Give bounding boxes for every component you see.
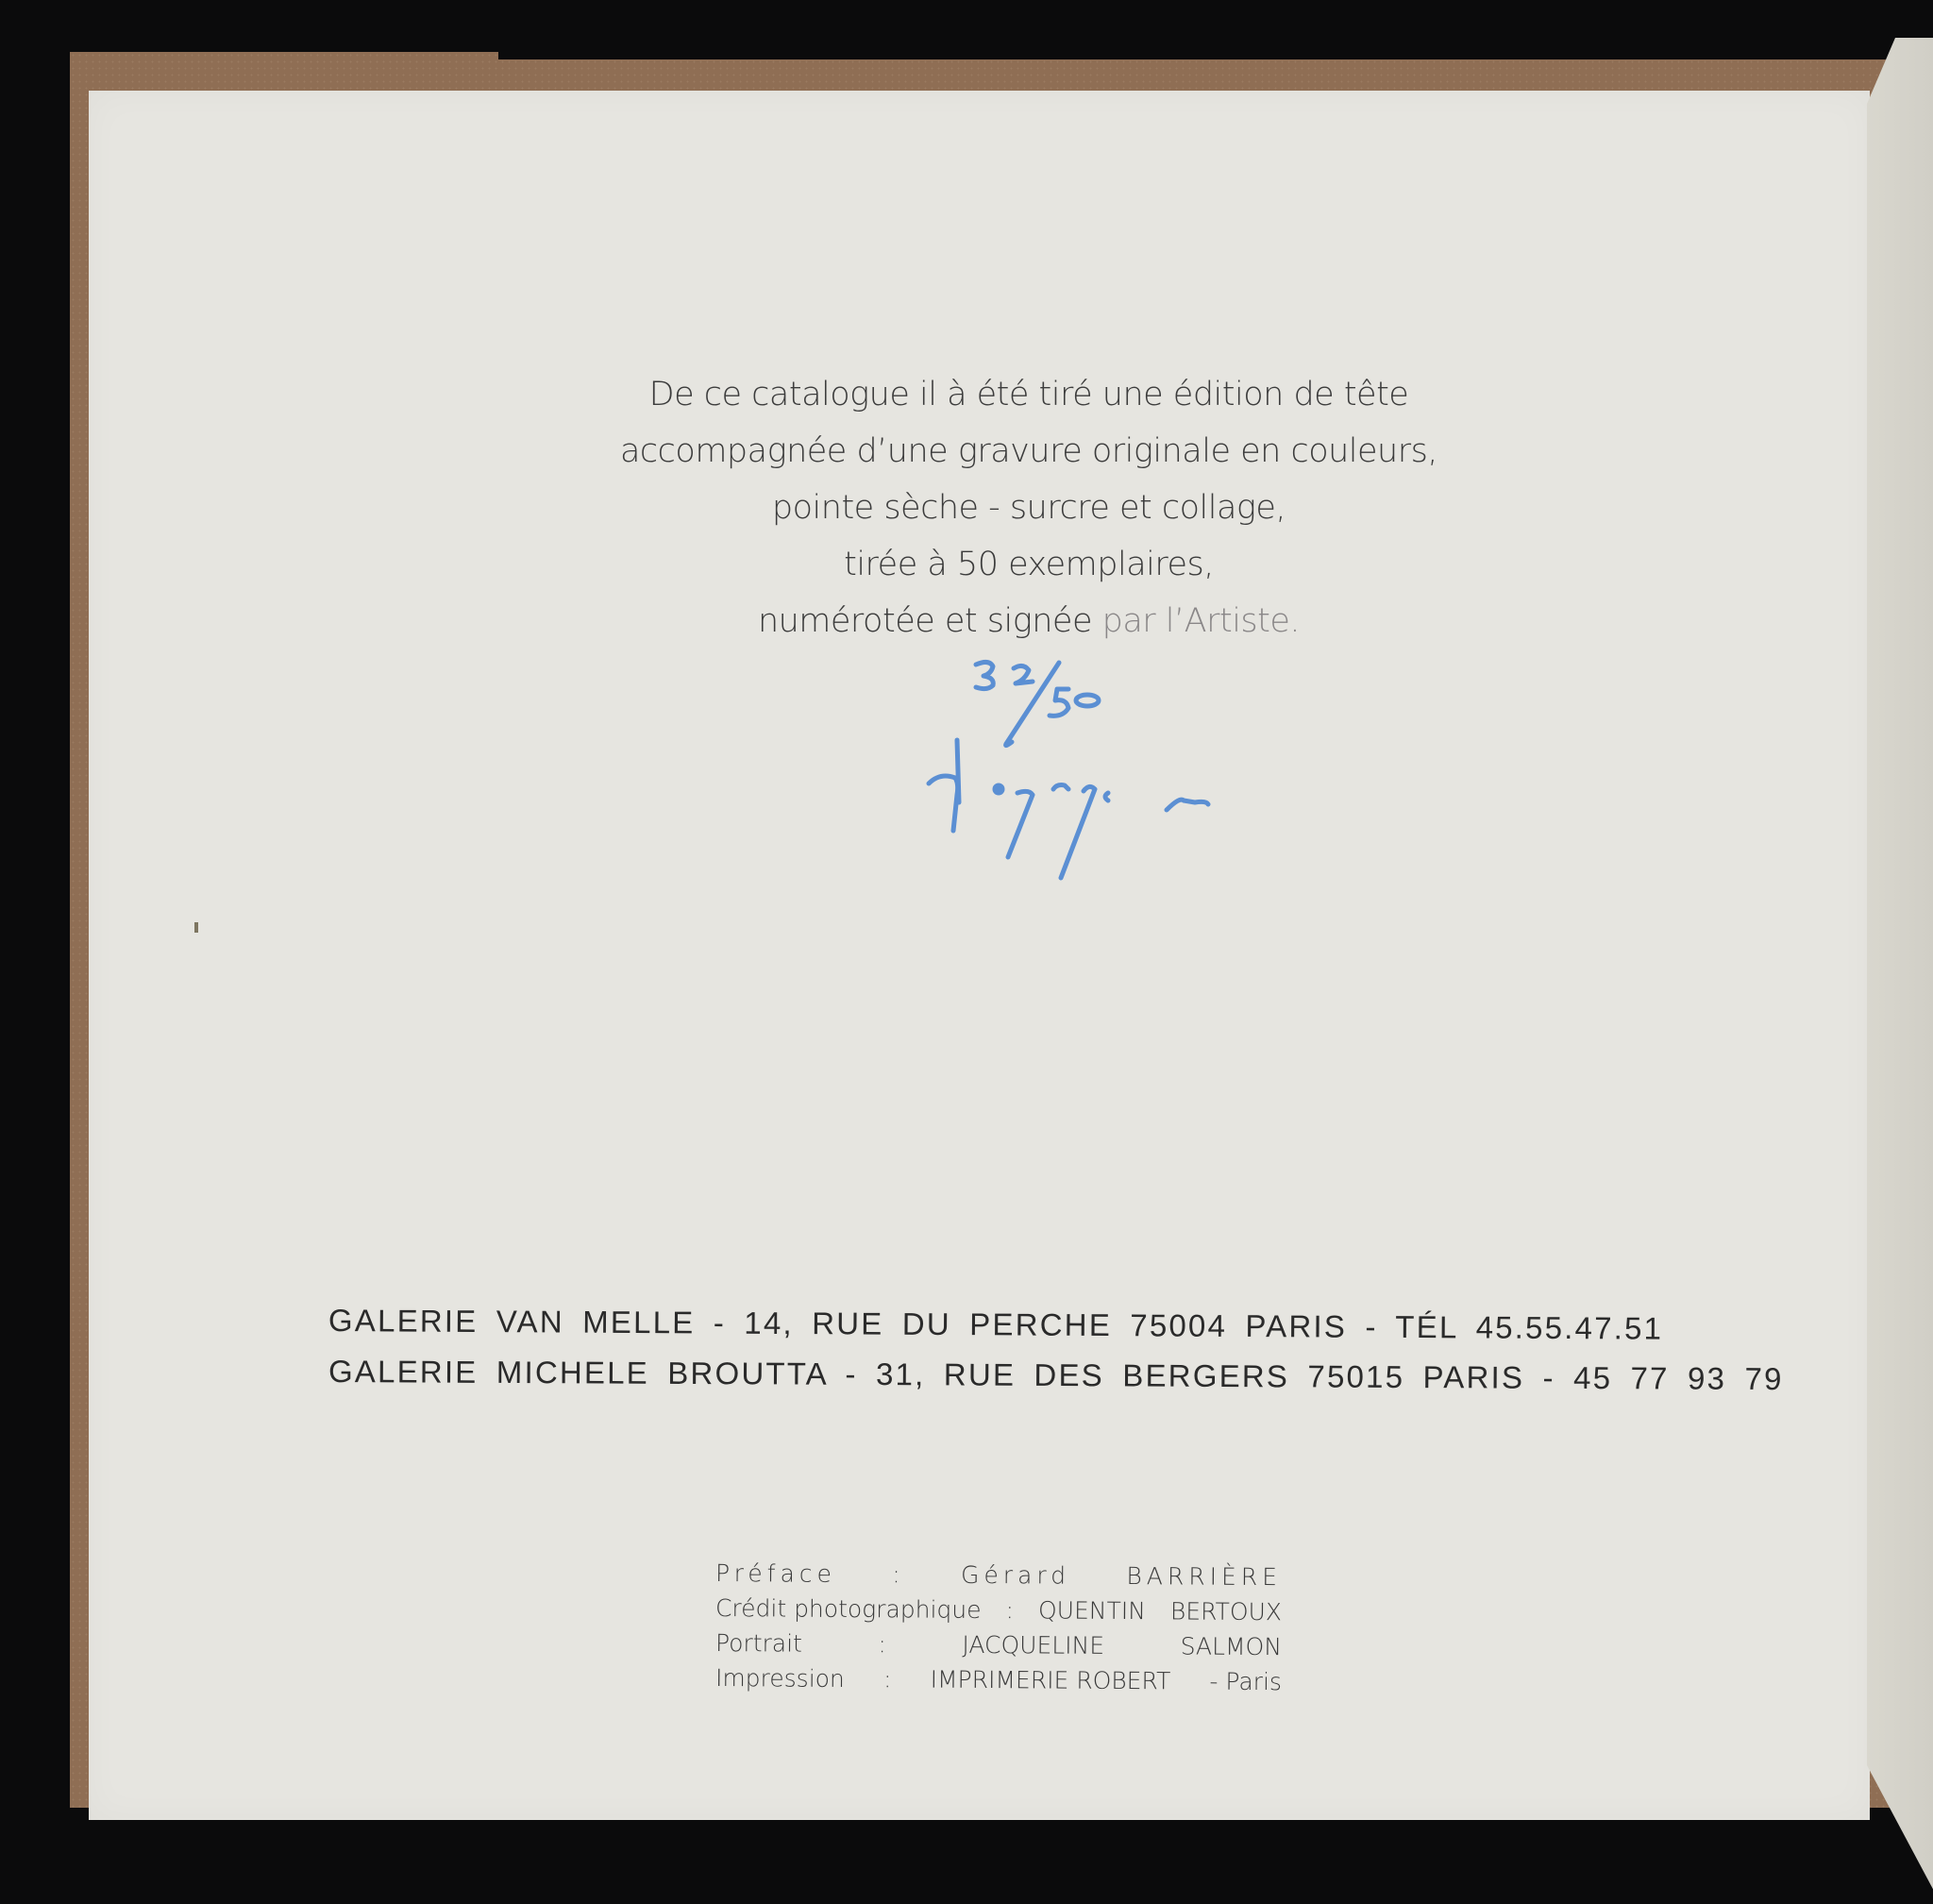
gallery-addresses: GALERIE VAN MELLE - 14, RUE DU PERCHE 75… bbox=[328, 1295, 1688, 1397]
colophon-line-end: par l’Artiste. bbox=[1102, 602, 1300, 640]
colophon-line: tirée à 50 exemplaires, bbox=[529, 536, 1529, 593]
credit-photo: Crédit photographique : QUENTIN BERTOUX bbox=[715, 1591, 1282, 1629]
board-notch bbox=[498, 52, 1895, 59]
credit-value: SALMON bbox=[1181, 1628, 1283, 1664]
gallery-address-broutta: GALERIE MICHELE BROUTTA - 31, RUE DES BE… bbox=[328, 1346, 1688, 1405]
credit-label: Crédit photographique bbox=[715, 1591, 982, 1627]
credit-name: JACQUELINE bbox=[962, 1627, 1104, 1663]
credit-label: Préface bbox=[715, 1556, 836, 1592]
credits-block: Préface : Gérard BARRIÈRE Crédit photogr… bbox=[715, 1556, 1282, 1695]
signature-icon bbox=[929, 740, 1208, 878]
credit-printing: Impression : IMPRIMERIE ROBERT - Paris bbox=[715, 1660, 1282, 1699]
credit-separator: : bbox=[892, 1557, 905, 1592]
credit-name: Gérard bbox=[961, 1558, 1070, 1593]
gallery-address-van-melle: GALERIE VAN MELLE - 14, RUE DU PERCHE 75… bbox=[328, 1295, 1688, 1355]
colophon-line: accompagnée d’une gravure originale en c… bbox=[529, 423, 1529, 480]
credit-separator: : bbox=[878, 1626, 886, 1661]
credit-portrait: Portrait : JACQUELINE SALMON bbox=[715, 1626, 1282, 1664]
credit-label: Impression bbox=[715, 1660, 845, 1696]
credit-value: BERTOUX bbox=[1170, 1593, 1282, 1629]
colophon-line: numérotée et signée par l’Artiste. bbox=[529, 593, 1529, 649]
handwritten-edition-and-signature bbox=[906, 642, 1246, 887]
colophon-text: De ce catalogue il à été tiré une éditio… bbox=[529, 366, 1529, 649]
credit-name: QUENTIN bbox=[1038, 1592, 1146, 1628]
credit-value: BARRIÈRE bbox=[1126, 1559, 1282, 1594]
colophon-line-start: numérotée et signée bbox=[758, 602, 1102, 640]
edition-number-icon bbox=[976, 662, 1099, 745]
credit-name: IMPRIMERIE ROBERT bbox=[931, 1662, 1171, 1699]
credit-label: Portrait bbox=[715, 1626, 802, 1661]
colophon-line: De ce catalogue il à été tiré une éditio… bbox=[529, 366, 1529, 423]
facing-page-edge bbox=[1867, 38, 1933, 1904]
paper-speck bbox=[194, 922, 198, 933]
credit-separator: : bbox=[1005, 1592, 1014, 1627]
colophon-line: pointe sèche - surcre et collage, bbox=[529, 480, 1529, 536]
credit-preface: Préface : Gérard BARRIÈRE bbox=[715, 1556, 1282, 1594]
credit-separator: : bbox=[883, 1661, 892, 1696]
credit-value: - Paris bbox=[1209, 1664, 1282, 1700]
